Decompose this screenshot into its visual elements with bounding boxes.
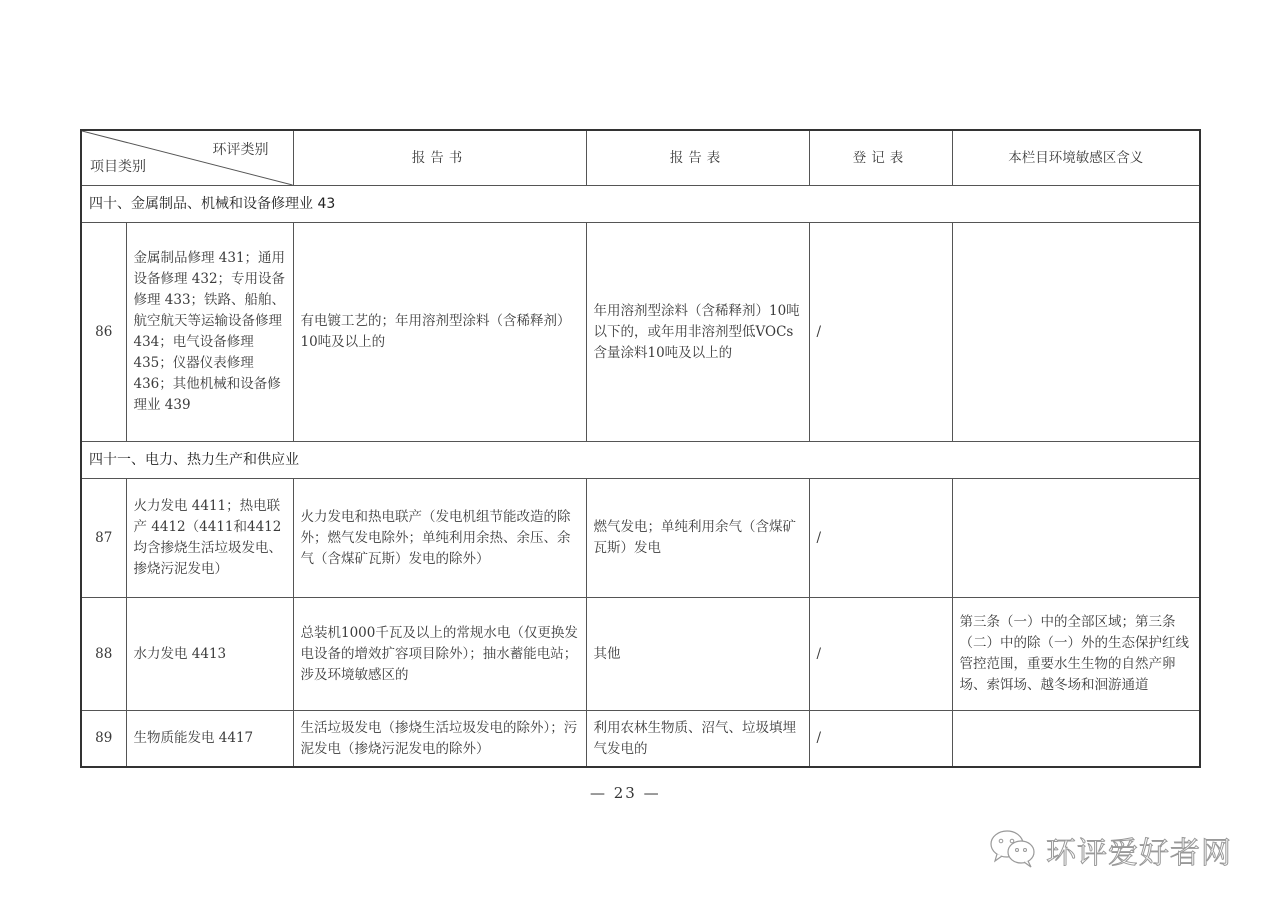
sensitive-area-cell: 第三条（一）中的全部区域；第三条（二）中的除（一）外的生态保护红线管控范围，重要… xyxy=(952,598,1200,711)
report-book-cell: 总装机1000千瓦及以上的常规水电（仅更换发电设备的增效扩容项目除外）；抽水蓄能… xyxy=(293,598,586,711)
sensitive-area-cell xyxy=(952,479,1200,598)
section-row: 四十一、电力、热力生产和供应业 xyxy=(81,442,1200,479)
wechat-icon xyxy=(988,828,1040,872)
row-number: 88 xyxy=(81,598,126,711)
registration-cell: / xyxy=(809,598,952,711)
registration-cell: / xyxy=(809,479,952,598)
table-row: 87 火力发电 4411；热电联产 4412（4411和4412均含掺烧生活垃圾… xyxy=(81,479,1200,598)
table-row: 89 生物质能发电 4417 生活垃圾发电（掺烧生活垃圾发电的除外）；污泥发电（… xyxy=(81,711,1200,768)
report-form-cell: 其他 xyxy=(586,598,809,711)
classification-table: 环评类别 项目类别 报告书 报告表 登记表 本栏目环境敏感区含义 四十、金属制品… xyxy=(80,129,1201,768)
table-header-row: 环评类别 项目类别 报告书 报告表 登记表 本栏目环境敏感区含义 xyxy=(81,130,1200,186)
registration-cell: / xyxy=(809,223,952,442)
col-header-report-form: 报告表 xyxy=(586,130,809,186)
project-category: 金属制品修理 431；通用设备修理 432；专用设备修理 433；铁路、船舶、航… xyxy=(126,223,293,442)
table-row: 86 金属制品修理 431；通用设备修理 432；专用设备修理 433；铁路、船… xyxy=(81,223,1200,442)
row-number: 89 xyxy=(81,711,126,768)
report-book-cell: 有电镀工艺的；年用溶剂型涂料（含稀释剂）10吨及以上的 xyxy=(293,223,586,442)
watermark: 环评爱好者网 xyxy=(988,828,1232,872)
sensitive-area-cell xyxy=(952,223,1200,442)
section-row: 四十、金属制品、机械和设备修理业 43 xyxy=(81,186,1200,223)
report-form-cell: 燃气发电；单纯利用余气（含煤矿瓦斯）发电 xyxy=(586,479,809,598)
col-header-registration: 登记表 xyxy=(809,130,952,186)
project-category: 生物质能发电 4417 xyxy=(126,711,293,768)
sensitive-area-cell xyxy=(952,711,1200,768)
report-book-cell: 生活垃圾发电（掺烧生活垃圾发电的除外）；污泥发电（掺烧污泥发电的除外） xyxy=(293,711,586,768)
project-category: 火力发电 4411；热电联产 4412（4411和4412均含掺烧生活垃圾发电、… xyxy=(126,479,293,598)
project-category-label: 项目类别 xyxy=(90,157,146,178)
registration-cell: / xyxy=(809,711,952,768)
report-book-cell: 火力发电和热电联产（发电机组节能改造的除外；燃气发电除外；单纯利用余热、余压、余… xyxy=(293,479,586,598)
table-row: 88 水力发电 4413 总装机1000千瓦及以上的常规水电（仅更换发电设备的增… xyxy=(81,598,1200,711)
project-category: 水力发电 4413 xyxy=(126,598,293,711)
watermark-text: 环评爱好者网 xyxy=(1046,828,1232,872)
section-title: 四十、金属制品、机械和设备修理业 43 xyxy=(81,186,1200,223)
row-number: 86 xyxy=(81,223,126,442)
report-form-cell: 年用溶剂型涂料（含稀释剂）10吨以下的，或年用非溶剂型低VOCs含量涂料10吨及… xyxy=(586,223,809,442)
env-category-label: 环评类别 xyxy=(213,140,269,161)
diagonal-header-cell: 环评类别 项目类别 xyxy=(81,130,293,186)
row-number: 87 xyxy=(81,479,126,598)
section-title: 四十一、电力、热力生产和供应业 xyxy=(81,442,1200,479)
report-form-cell: 利用农林生物质、沼气、垃圾填埋气发电的 xyxy=(586,711,809,768)
col-header-report-book: 报告书 xyxy=(293,130,586,186)
page-number: — 23 — xyxy=(590,784,661,802)
col-header-sensitive-area: 本栏目环境敏感区含义 xyxy=(952,130,1200,186)
